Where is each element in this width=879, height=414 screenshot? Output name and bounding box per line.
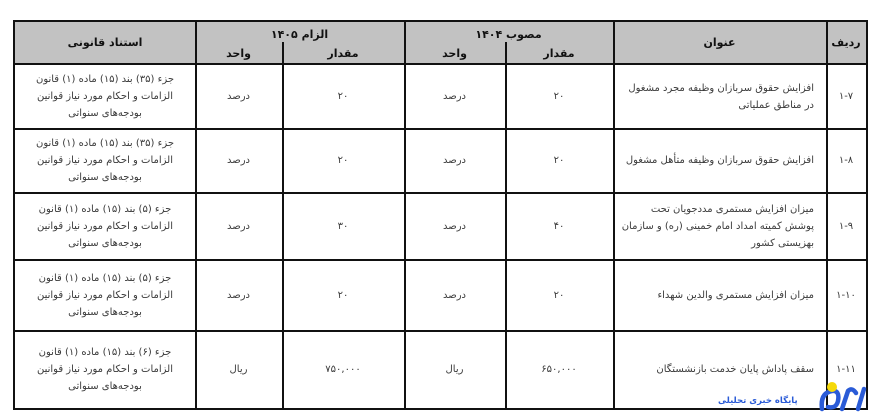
header-approved-1404: مصوب ۱۴۰۴: [404, 22, 613, 42]
site-logo-icon: [818, 381, 870, 413]
approved-unit: درصد: [404, 65, 505, 128]
row-title: میزان افزایش مستمری والدین شهداء: [613, 260, 826, 330]
row-title: افزایش حقوق سربازان وظیفه متأهل مشغول: [613, 129, 826, 192]
required-unit: درصد: [195, 65, 282, 128]
row-number: ۱-۹: [826, 193, 866, 259]
approved-unit: ریال: [404, 331, 505, 408]
required-unit: ریال: [195, 331, 282, 408]
row-title: میزان افزایش مستمری مددجویان تحت پوشش کم…: [613, 193, 826, 259]
required-amount: ۲۰: [282, 260, 404, 330]
header-title: عنوان: [613, 22, 826, 63]
approved-unit: درصد: [404, 193, 505, 259]
approved-amount: ۴۰: [505, 193, 613, 259]
header-approved-amount: مقدار: [505, 43, 613, 63]
header-required-amount: مقدار: [282, 43, 404, 63]
row-number: ۱-۷: [826, 65, 866, 128]
header-required-unit: واحد: [195, 43, 282, 63]
header-required-1405: الزام ۱۴۰۵: [195, 22, 404, 42]
legal-basis: جزء (۳۵) بند (۱۵) ماده (۱) قانون الزامات…: [15, 65, 195, 128]
legal-basis: جزء (۳۵) بند (۱۵) ماده (۱) قانون الزامات…: [15, 129, 195, 192]
legal-basis: جزء (۵) بند (۱۵) ماده (۱) قانون الزامات …: [15, 193, 195, 259]
required-unit: درصد: [195, 129, 282, 192]
approved-amount: ۲۰: [505, 260, 613, 330]
header-row-no: ردیف: [826, 22, 866, 63]
header-approved-unit: واحد: [404, 43, 505, 63]
approved-amount: ۲۰: [505, 129, 613, 192]
row-title: افزایش حقوق سربازان وظیفه مجرد مشغول در …: [613, 65, 826, 128]
site-tagline: پایگاه خبری تحلیلی: [718, 396, 798, 406]
budget-table: ردیف عنوان مصوب ۱۴۰۴ مقدار واحد الزام ۱۴…: [13, 20, 868, 410]
row-number: ۱-۱۰: [826, 260, 866, 330]
required-amount: ۷۵۰,۰۰۰: [282, 331, 404, 408]
approved-unit: درصد: [404, 260, 505, 330]
required-amount: ۲۰: [282, 65, 404, 128]
required-amount: ۳۰: [282, 193, 404, 259]
approved-unit: درصد: [404, 129, 505, 192]
table-header: ردیف عنوان مصوب ۱۴۰۴ مقدار واحد الزام ۱۴…: [15, 22, 866, 65]
legal-basis: جزء (۵) بند (۱۵) ماده (۱) قانون الزامات …: [15, 260, 195, 330]
approved-amount: ۶۵۰,۰۰۰: [505, 331, 613, 408]
required-amount: ۲۰: [282, 129, 404, 192]
header-legal-basis: استناد قانونی: [15, 22, 195, 63]
required-unit: درصد: [195, 193, 282, 259]
approved-amount: ۲۰: [505, 65, 613, 128]
legal-basis: جزء (۶) بند (۱۵) ماده (۱) قانون الزامات …: [15, 331, 195, 408]
required-unit: درصد: [195, 260, 282, 330]
row-number: ۱-۸: [826, 129, 866, 192]
